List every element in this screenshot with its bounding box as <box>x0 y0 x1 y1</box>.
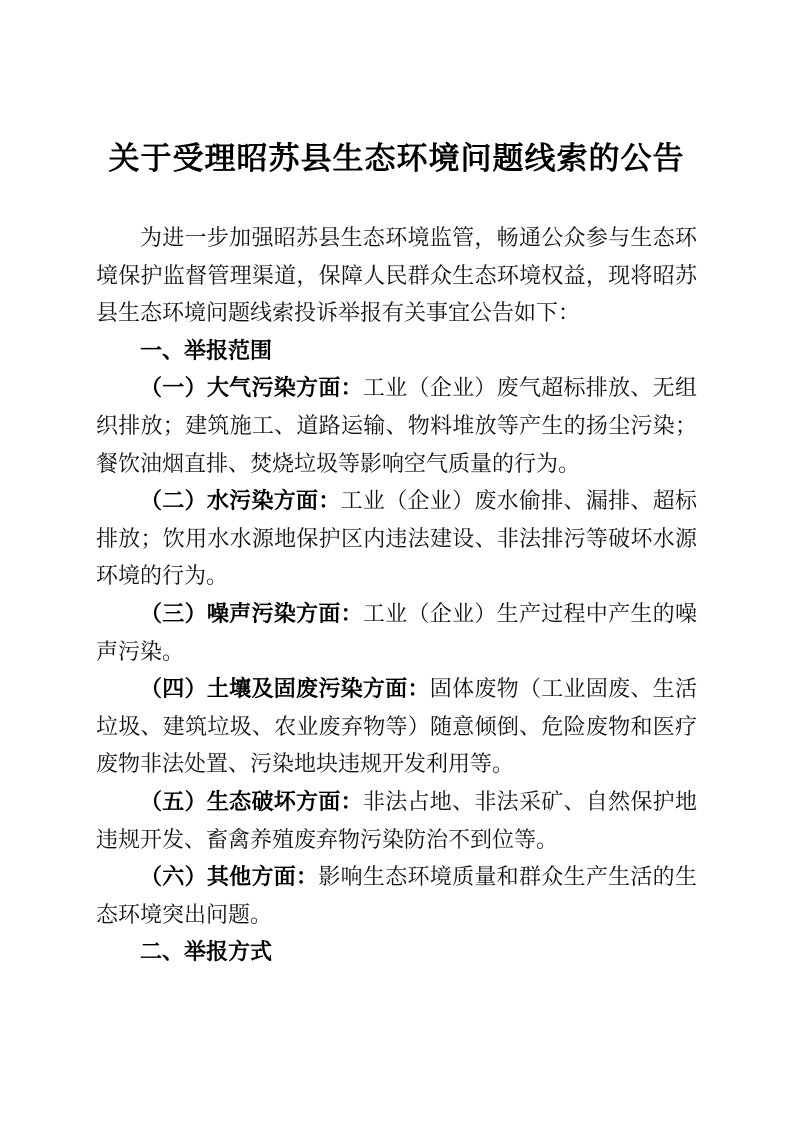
report-item-air: （一）大气污染方面：工业（企业）废气超标排放、无组织排放；建筑施工、道路运输、物… <box>96 369 697 482</box>
document-body: 为进一步加强昭苏县生态环境监管，畅通公众参与生态环境保护监督管理渠道，保障人民群… <box>96 219 697 971</box>
report-item-noise-label: （三）噪声污染方面： <box>140 601 363 626</box>
document-title: 关于受理昭苏县生态环境问题线索的公告 <box>96 135 697 183</box>
report-item-water: （二）水污染方面：工业（企业）废水偷排、漏排、超标排放；饮用水水源地保护区内违法… <box>96 482 697 595</box>
report-item-other: （六）其他方面：影响生态环境质量和群众生产生活的生态环境突出问题。 <box>96 858 697 933</box>
document-page: 关于受理昭苏县生态环境问题线索的公告 为进一步加强昭苏县生态环境监管，畅通公众参… <box>0 0 793 1122</box>
report-item-soil-waste-label: （四）土壤及固废污染方面： <box>140 676 430 701</box>
report-item-water-label: （二）水污染方面： <box>140 488 341 513</box>
report-item-soil-waste: （四）土壤及固废污染方面：固体废物（工业固废、生活垃圾、建筑垃圾、农业废弃物等）… <box>96 670 697 783</box>
intro-paragraph: 为进一步加强昭苏县生态环境监管，畅通公众参与生态环境保护监督管理渠道，保障人民群… <box>96 219 697 332</box>
report-item-air-label: （一）大气污染方面： <box>140 375 363 400</box>
report-item-other-label: （六）其他方面： <box>140 864 318 889</box>
report-item-noise: （三）噪声污染方面：工业（企业）生产过程中产生的噪声污染。 <box>96 595 697 670</box>
report-item-eco-damage: （五）生态破坏方面：非法占地、非法采矿、自然保护地违规开发、畜禽养殖废弃物污染防… <box>96 783 697 858</box>
section-heading-report-scope: 一、举报范围 <box>96 332 697 370</box>
report-item-eco-damage-label: （五）生态破坏方面： <box>140 789 363 814</box>
section-heading-report-method: 二、举报方式 <box>96 933 697 971</box>
